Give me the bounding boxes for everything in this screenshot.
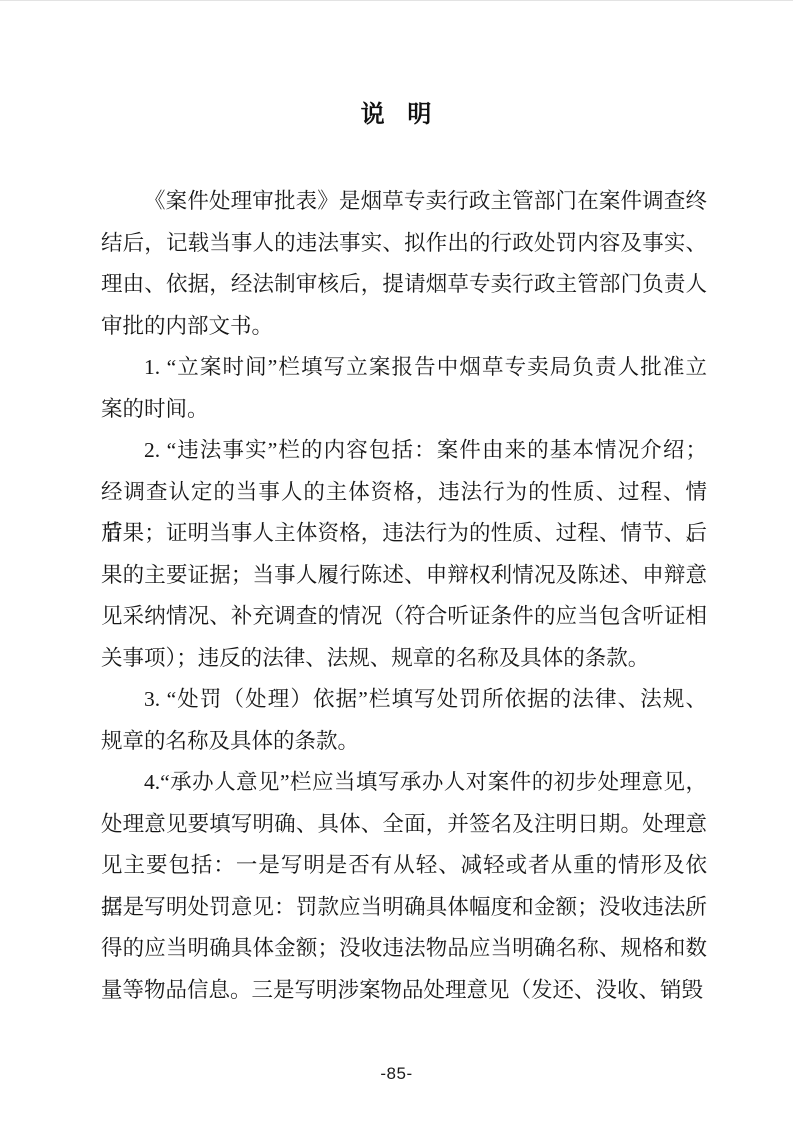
text-line: 经调查认定的当事人的主体资格，违法行为的性质、过程、情节、	[101, 472, 707, 514]
page-title: 说 明	[0, 100, 793, 130]
text-line: 审批的内部文书。	[101, 306, 707, 348]
text-line: 案的时间。	[101, 389, 707, 431]
document-body: 《案件处理审批表》是烟草专卖行政主管部门在案件调查终结后，记载当事人的违法事实、…	[101, 181, 707, 1011]
text-line: 规章的名称及具体的条款。	[101, 721, 707, 763]
text-line: 量等物品信息。三是写明涉案物品处理意见（发还、没收、销毁	[101, 970, 707, 1012]
text-line: 得的应当明确具体金额；没收违法物品应当明确名称、规格和数	[101, 928, 707, 970]
text-line: 2. “违法事实”栏的内容包括：案件由来的基本情况介绍；	[101, 430, 707, 472]
text-line: 果的主要证据；当事人履行陈述、申辩权利情况及陈述、申辩意	[101, 555, 707, 597]
text-line: 后果；证明当事人主体资格，违法行为的性质、过程、情节、后	[101, 513, 707, 555]
text-line: 关事项）；违反的法律、法规、规章的名称及具体的条款。	[101, 638, 707, 680]
text-line: 结后，记载当事人的违法事实、拟作出的行政处罚内容及事实、	[101, 223, 707, 265]
text-line: 4.“承办人意见”栏应当填写承办人对案件的初步处理意见，	[101, 762, 707, 804]
text-line: 《案件处理审批表》是烟草专卖行政主管部门在案件调查终	[101, 181, 707, 223]
text-line: 1. “立案时间”栏填写立案报告中烟草专卖局负责人批准立	[101, 347, 707, 389]
page-number: -85-	[0, 1063, 793, 1085]
text-line: 见采纳情况、补充调查的情况（符合听证条件的应当包含听证相	[101, 596, 707, 638]
text-line: 处理意见要填写明确、具体、全面，并签名及注明日期。处理意	[101, 804, 707, 846]
document-page: 说 明 《案件处理审批表》是烟草专卖行政主管部门在案件调查终结后，记载当事人的违…	[0, 0, 793, 1122]
text-line: 3. “处罚（处理）依据”栏填写处罚所依据的法律、法规、	[101, 679, 707, 721]
text-line: 二是写明处罚意见：罚款应当明确具体幅度和金额；没收违法所	[101, 887, 707, 929]
text-line: 见主要包括：一是写明是否有从轻、减轻或者从重的情形及依据。	[101, 845, 707, 887]
text-line: 理由、依据，经法制审核后，提请烟草专卖行政主管部门负责人	[101, 264, 707, 306]
